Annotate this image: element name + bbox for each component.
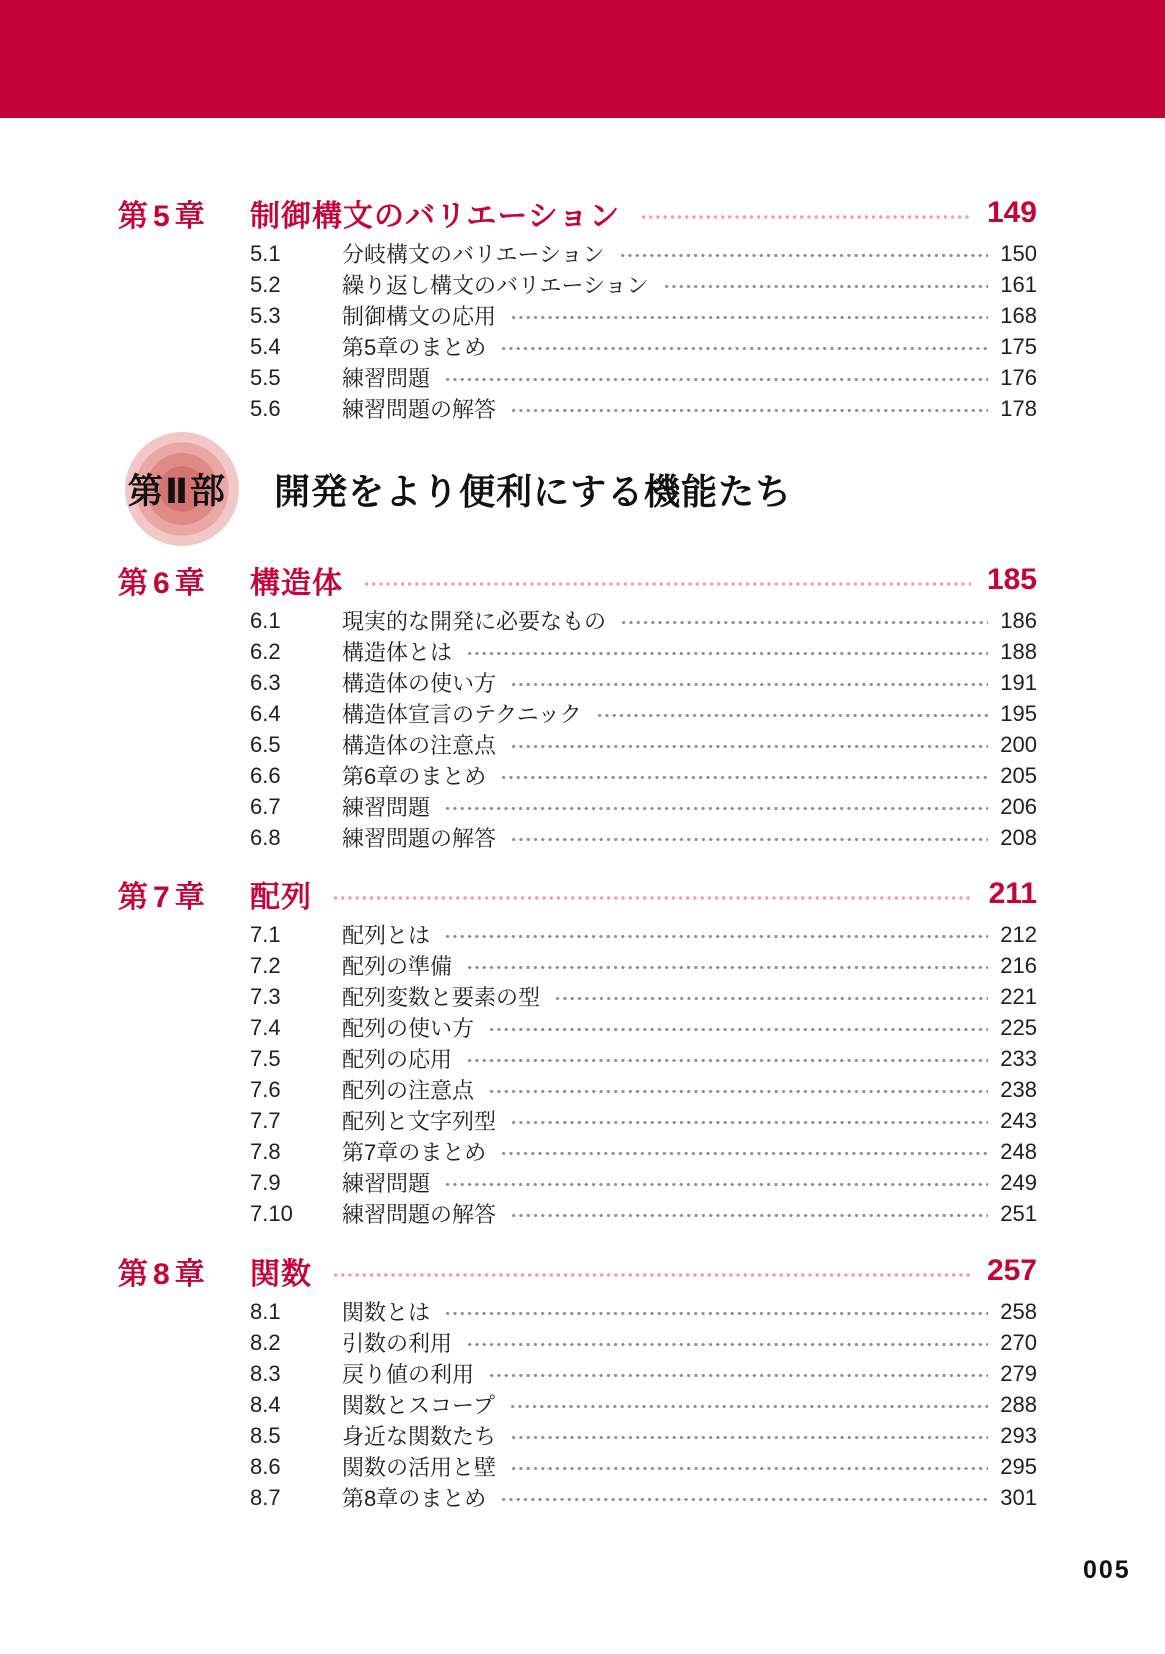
- section-page-number: 161: [1000, 272, 1037, 298]
- section-page-number: 205: [1000, 763, 1037, 789]
- section-dotted-leader: [488, 1373, 988, 1378]
- section-title: 分岐構文のバリエーション: [342, 238, 605, 269]
- section-list: 7.1 配列とは 212 7.2 配列の準備 216 7.3 配列変数と要素の型: [118, 919, 1037, 1229]
- section-page-number: 233: [1000, 1046, 1037, 1072]
- chapter-heading: 第8章 関数 257: [118, 1249, 1037, 1293]
- section-number: 5.2: [250, 272, 342, 298]
- section-page-number: 200: [1000, 732, 1037, 758]
- section-title: 第5章のまとめ: [342, 331, 486, 362]
- toc-entry-row: 5.1 分岐構文のバリエーション 150: [118, 238, 1037, 269]
- section-page-number: 216: [1000, 953, 1037, 979]
- chapter-heading: 第7章 配列 211: [118, 872, 1037, 916]
- toc-entry-row: 5.3 制御構文の応用 168: [118, 300, 1037, 331]
- section-title: 第7章のまとめ: [342, 1136, 486, 1167]
- section-page-number: 293: [1000, 1423, 1037, 1449]
- toc-entry-row: 8.3 戻り値の利用 279: [118, 1358, 1037, 1389]
- section-dotted-leader: [444, 1182, 988, 1187]
- section-page-number: 186: [1000, 608, 1037, 634]
- section-number: 6.8: [250, 825, 342, 851]
- section-number: 6.2: [250, 639, 342, 665]
- section-list: 6.1 現実的な開発に必要なもの 186 6.2 構造体とは 188 6.3 構…: [118, 605, 1037, 853]
- section-page-number: 212: [1000, 922, 1037, 948]
- section-number: 7.8: [250, 1139, 342, 1165]
- section-title: 構造体の注意点: [342, 729, 496, 760]
- section-page-number: 249: [1000, 1170, 1037, 1196]
- section-page-number: 270: [1000, 1330, 1037, 1356]
- toc-entry-row: 7.8 第7章のまとめ 248: [118, 1136, 1037, 1167]
- toc-entry-row: 5.2 繰り返し構文のバリエーション 161: [118, 269, 1037, 300]
- chapter-dotted-leader: [363, 581, 971, 587]
- toc-entry-row: 7.2 配列の準備 216: [118, 950, 1037, 981]
- chapter-block: 第6章 構造体 185 6.1 現実的な開発に必要なもの 186 6.2 構造体…: [118, 558, 1037, 853]
- section-page-number: 288: [1000, 1392, 1037, 1418]
- section-page-number: 238: [1000, 1077, 1037, 1103]
- section-title: 練習問題の解答: [342, 1198, 496, 1229]
- section-dotted-leader: [510, 1466, 988, 1471]
- part-divider: 第Ⅱ部 開発をより便利にする機能たち: [118, 431, 1037, 547]
- section-dotted-leader: [444, 1311, 988, 1316]
- section-title: 構造体宣言のテクニック: [342, 698, 582, 729]
- header-banner: [0, 0, 1165, 118]
- section-dotted-leader: [500, 346, 988, 351]
- section-number: 8.1: [250, 1299, 342, 1325]
- section-title: 引数の利用: [342, 1327, 452, 1358]
- section-page-number: 221: [1000, 984, 1037, 1010]
- toc-entry-row: 7.10 練習問題の解答 251: [118, 1198, 1037, 1229]
- chapter-page-number: 257: [987, 1254, 1037, 1288]
- section-dotted-leader: [510, 837, 988, 842]
- chapter-label: 第5章: [118, 191, 250, 235]
- toc-entry-row: 6.1 現実的な開発に必要なもの 186: [118, 605, 1037, 636]
- toc-entry-row: 5.6 練習問題の解答 178: [118, 393, 1037, 424]
- section-dotted-leader: [663, 284, 989, 289]
- section-dotted-leader: [444, 806, 988, 811]
- chapter-heading: 第5章 制御構文のバリエーション 149: [118, 191, 1037, 235]
- section-page-number: 295: [1000, 1454, 1037, 1480]
- section-dotted-leader: [500, 1151, 988, 1156]
- section-dotted-leader: [596, 713, 988, 718]
- section-dotted-leader: [444, 377, 988, 382]
- section-dotted-leader: [488, 1027, 988, 1032]
- table-of-contents: 第5章 制御構文のバリエーション 149 5.1 分岐構文のバリエーション 15…: [118, 191, 1037, 1513]
- section-title: 戻り値の利用: [342, 1358, 474, 1389]
- chapter-block: 第7章 配列 211 7.1 配列とは 212 7.2 配列の準備 216: [118, 872, 1037, 1229]
- section-dotted-leader: [620, 620, 988, 625]
- section-title: 関数の活用と壁: [342, 1451, 496, 1482]
- chapter-label: 第8章: [118, 1249, 250, 1293]
- section-title: 練習問題の解答: [342, 822, 496, 853]
- section-number: 8.6: [250, 1454, 342, 1480]
- section-number: 6.3: [250, 670, 342, 696]
- chapter-page-number: 185: [987, 563, 1037, 597]
- section-title: 関数とスコープ: [342, 1389, 495, 1420]
- section-dotted-leader: [510, 315, 988, 320]
- section-page-number: 188: [1000, 639, 1037, 665]
- section-title: 練習問題: [342, 791, 430, 822]
- section-page-number: 258: [1000, 1299, 1037, 1325]
- section-number: 5.4: [250, 334, 342, 360]
- section-number: 6.6: [250, 763, 342, 789]
- chapter-title: 構造体: [250, 558, 343, 602]
- section-title: 練習問題: [342, 362, 430, 393]
- section-dotted-leader: [510, 1435, 988, 1440]
- section-title: 構造体の使い方: [342, 667, 496, 698]
- section-title: 配列変数と要素の型: [342, 981, 540, 1012]
- section-dotted-leader: [444, 934, 988, 939]
- section-dotted-leader: [510, 744, 988, 749]
- toc-entry-row: 7.3 配列変数と要素の型 221: [118, 981, 1037, 1012]
- section-page-number: 251: [1000, 1201, 1037, 1227]
- chapter-dotted-leader: [332, 1272, 971, 1278]
- section-number: 6.5: [250, 732, 342, 758]
- section-number: 6.4: [250, 701, 342, 727]
- chapter-dotted-leader: [640, 214, 971, 220]
- section-title: 配列とは: [342, 919, 430, 950]
- section-page-number: 195: [1000, 701, 1037, 727]
- toc-entry-row: 6.6 第6章のまとめ 205: [118, 760, 1037, 791]
- section-dotted-leader: [488, 1089, 988, 1094]
- toc-entry-row: 5.5 練習問題 176: [118, 362, 1037, 393]
- toc-entry-row: 7.9 練習問題 249: [118, 1167, 1037, 1198]
- section-page-number: 206: [1000, 794, 1037, 820]
- section-number: 5.1: [250, 241, 342, 267]
- toc-entry-row: 6.3 構造体の使い方 191: [118, 667, 1037, 698]
- section-title: 身近な関数たち: [342, 1420, 496, 1451]
- section-number: 6.7: [250, 794, 342, 820]
- section-title: 配列の注意点: [342, 1074, 474, 1105]
- section-page-number: 225: [1000, 1015, 1037, 1041]
- section-page-number: 176: [1000, 365, 1037, 391]
- section-number: 8.2: [250, 1330, 342, 1356]
- toc-entry-row: 8.7 第8章のまとめ 301: [118, 1482, 1037, 1513]
- section-number: 7.1: [250, 922, 342, 948]
- section-dotted-leader: [466, 651, 988, 656]
- chapter-dotted-leader: [332, 895, 973, 901]
- section-page-number: 243: [1000, 1108, 1037, 1134]
- section-number: 7.10: [250, 1201, 342, 1227]
- section-dotted-leader: [619, 253, 989, 258]
- toc-entry-row: 6.7 練習問題 206: [118, 791, 1037, 822]
- section-number: 5.6: [250, 396, 342, 422]
- toc-entry-row: 6.5 構造体の注意点 200: [118, 729, 1037, 760]
- section-dotted-leader: [510, 1213, 988, 1218]
- section-title: 構造体とは: [342, 636, 452, 667]
- toc-entry-row: 7.4 配列の使い方 225: [118, 1012, 1037, 1043]
- section-title: 配列の応用: [342, 1043, 452, 1074]
- chapter-page-number: 211: [989, 877, 1037, 911]
- chapter-heading: 第6章 構造体 185: [118, 558, 1037, 602]
- chapter-block: 第8章 関数 257 8.1 関数とは 258 8.2 引数の利用 270: [118, 1249, 1037, 1513]
- chapter-label: 第6章: [118, 558, 250, 602]
- section-dotted-leader: [500, 1497, 988, 1502]
- section-number: 5.3: [250, 303, 342, 329]
- section-title: 練習問題の解答: [342, 393, 496, 424]
- folio-page-number: 005: [1083, 1556, 1131, 1585]
- section-number: 8.5: [250, 1423, 342, 1449]
- section-dotted-leader: [466, 965, 988, 970]
- toc-entry-row: 8.6 関数の活用と壁 295: [118, 1451, 1037, 1482]
- section-title: 配列と文字列型: [342, 1105, 496, 1136]
- section-dotted-leader: [510, 682, 988, 687]
- section-number: 7.2: [250, 953, 342, 979]
- chapter-block: 第5章 制御構文のバリエーション 149 5.1 分岐構文のバリエーション 15…: [118, 191, 1037, 424]
- section-title: 配列の準備: [342, 950, 452, 981]
- chapter-title: 配列: [250, 872, 312, 916]
- section-list: 5.1 分岐構文のバリエーション 150 5.2 繰り返し構文のバリエーション …: [118, 238, 1037, 424]
- section-number: 7.7: [250, 1108, 342, 1134]
- toc-entry-row: 7.5 配列の応用 233: [118, 1043, 1037, 1074]
- section-page-number: 168: [1000, 303, 1037, 329]
- chapter-page-number: 149: [987, 196, 1037, 230]
- section-title: 第8章のまとめ: [342, 1482, 486, 1513]
- section-dotted-leader: [554, 996, 988, 1001]
- section-dotted-leader: [466, 1342, 988, 1347]
- toc-entry-row: 8.2 引数の利用 270: [118, 1327, 1037, 1358]
- section-number: 8.4: [250, 1392, 342, 1418]
- toc-entry-row: 8.4 関数とスコープ 288: [118, 1389, 1037, 1420]
- section-dotted-leader: [510, 408, 988, 413]
- section-page-number: 178: [1000, 396, 1037, 422]
- toc-entry-row: 5.4 第5章のまとめ 175: [118, 331, 1037, 362]
- section-number: 8.3: [250, 1361, 342, 1387]
- section-title: 制御構文の応用: [342, 300, 496, 331]
- section-dotted-leader: [509, 1404, 988, 1409]
- chapter-title: 関数: [250, 1249, 312, 1293]
- section-number: 7.5: [250, 1046, 342, 1072]
- section-page-number: 208: [1000, 825, 1037, 851]
- toc-entry-row: 7.7 配列と文字列型 243: [118, 1105, 1037, 1136]
- section-dotted-leader: [500, 775, 988, 780]
- toc-entry-row: 7.6 配列の注意点 238: [118, 1074, 1037, 1105]
- section-title: 関数とは: [342, 1296, 430, 1327]
- section-dotted-leader: [466, 1058, 988, 1063]
- toc-entry-row: 7.1 配列とは 212: [118, 919, 1037, 950]
- section-title: 配列の使い方: [342, 1012, 474, 1043]
- section-page-number: 175: [1000, 334, 1037, 360]
- section-dotted-leader: [510, 1120, 988, 1125]
- section-page-number: 301: [1000, 1485, 1037, 1511]
- chapter-title: 制御構文のバリエーション: [250, 191, 620, 235]
- section-number: 5.5: [250, 365, 342, 391]
- section-number: 7.6: [250, 1077, 342, 1103]
- section-title: 繰り返し構文のバリエーション: [342, 269, 649, 300]
- part-label: 第Ⅱ部: [128, 464, 227, 514]
- section-number: 6.1: [250, 608, 342, 634]
- section-number: 7.9: [250, 1170, 342, 1196]
- toc-entry-row: 8.1 関数とは 258: [118, 1296, 1037, 1327]
- section-number: 7.4: [250, 1015, 342, 1041]
- section-title: 現実的な開発に必要なもの: [342, 605, 606, 636]
- section-title: 第6章のまとめ: [342, 760, 486, 791]
- toc-entry-row: 6.8 練習問題の解答 208: [118, 822, 1037, 853]
- section-page-number: 150: [1000, 241, 1037, 267]
- toc-entry-row: 6.4 構造体宣言のテクニック 195: [118, 698, 1037, 729]
- section-page-number: 191: [1000, 670, 1037, 696]
- section-title: 練習問題: [342, 1167, 430, 1198]
- section-page-number: 248: [1000, 1139, 1037, 1165]
- chapter-label: 第7章: [118, 872, 250, 916]
- section-number: 7.3: [250, 984, 342, 1010]
- section-number: 8.7: [250, 1485, 342, 1511]
- part-title: 開発をより便利にする機能たち: [274, 464, 792, 515]
- section-list: 8.1 関数とは 258 8.2 引数の利用 270 8.3 戻り値の利用: [118, 1296, 1037, 1513]
- section-page-number: 279: [1000, 1361, 1037, 1387]
- toc-entry-row: 6.2 構造体とは 188: [118, 636, 1037, 667]
- toc-entry-row: 8.5 身近な関数たち 293: [118, 1420, 1037, 1451]
